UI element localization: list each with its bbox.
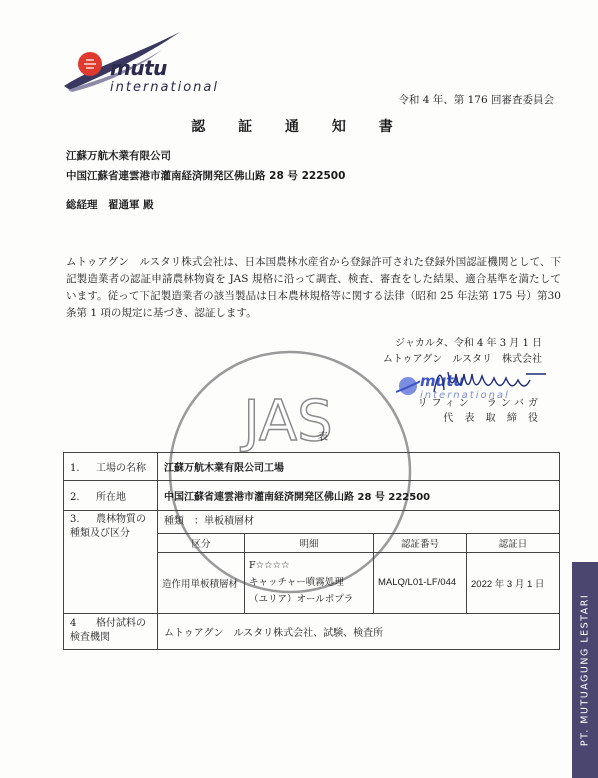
header-cert-no: 認証番号 bbox=[374, 534, 467, 553]
row-label: 1.工場の名称 bbox=[64, 453, 158, 481]
product-table: 区分 明細 認証番号 認証日 造作用単板積層材 F☆☆☆☆ キャッチャー噴霧処理… bbox=[158, 534, 559, 613]
handwritten-signature bbox=[430, 366, 550, 396]
signer-block: リフィン ランバガ 代 表 取 締 役 bbox=[418, 396, 543, 426]
product-cell: 種類 ：単板積層材 区分 明細 認証番号 認証日 造作用単板積層材 F☆☆☆☆ … bbox=[158, 511, 560, 614]
row-label: 3.農林物質の種類及び区分 bbox=[64, 511, 158, 614]
signature-block: ジャカルタ、令和 4 年 3 月 1 日 ムトゥアグン ルスタリ 株式会社 bbox=[383, 336, 542, 368]
factory-address: 中国江蘇省連雲港市灌南経済開発区佛山路 28 号 222500 bbox=[158, 481, 560, 511]
signer-title: 代 表 取 締 役 bbox=[418, 411, 543, 426]
side-band: PT. MUTUAGUNG LESTARI bbox=[572, 562, 598, 778]
mutu-international-logo: mutu international bbox=[62, 28, 232, 98]
header-details: 明細 bbox=[245, 534, 374, 553]
header-category: 区分 bbox=[158, 534, 245, 553]
cert-number: MALQ/L01-LF/044 bbox=[374, 553, 467, 613]
table-row: 4格付試料の検査機関 ムトゥアグン ルスタリ株式会社、試験、検査所 bbox=[64, 613, 560, 649]
product-category: 造作用単板積層材 bbox=[158, 553, 245, 613]
product-type: 種類 ：単板積層材 bbox=[158, 511, 559, 534]
addressee-address: 中国江蘇省連雲港市灌南経済開発区佛山路 28 号 222500 bbox=[66, 168, 345, 183]
document-title: 認 証 通 知 書 bbox=[0, 116, 598, 136]
logo-subtitle: international bbox=[110, 80, 219, 95]
row-label: 4格付試料の検査機関 bbox=[64, 613, 158, 649]
product-header-row: 区分 明細 認証番号 認証日 bbox=[158, 534, 559, 553]
certification-paragraph: ムトゥアグン ルスタリ株式会社は、日本国農林水産省から登録許可された登録外国認証… bbox=[66, 254, 561, 322]
jas-sub-text: 表 bbox=[318, 430, 328, 443]
addressee-company: 江蘇万航木業有限公司 bbox=[66, 148, 171, 163]
side-band-text: PT. MUTUAGUNG LESTARI bbox=[580, 594, 591, 746]
certification-table: 1.工場の名称 江蘇万航木業有限公司工場 2.所在地 中国江蘇省連雲港市灌南経済… bbox=[63, 452, 560, 650]
row-label: 2.所在地 bbox=[64, 481, 158, 511]
table-row: 1.工場の名称 江蘇万航木業有限公司工場 bbox=[64, 453, 560, 481]
addressee-recipient: 総経理 翟通軍 殿 bbox=[66, 197, 154, 212]
cert-date: 2022 年 3 月 1 日 bbox=[467, 553, 560, 613]
jas-text: JAS bbox=[240, 389, 332, 454]
factory-name: 江蘇万航木業有限公司工場 bbox=[158, 453, 560, 481]
stamp-globe-icon bbox=[396, 374, 420, 398]
header-cert-date: 認証日 bbox=[467, 534, 560, 553]
table-row: 2.所在地 中国江蘇省連雲港市灌南経済開発区佛山路 28 号 222500 bbox=[64, 481, 560, 511]
inspection-body: ムトゥアグン ルスタリ株式会社、試験、検査所 bbox=[158, 613, 560, 649]
product-details: F☆☆☆☆ キャッチャー噴霧処理 （ユリア）オールポプラ bbox=[245, 553, 374, 613]
signature-scribble-icon bbox=[430, 366, 550, 396]
committee-reference: 令和 4 年、第 176 回審査委員会 bbox=[398, 92, 554, 107]
signer-name: リフィン ランバガ bbox=[418, 396, 543, 411]
logo-wordmark: mutu bbox=[110, 56, 167, 80]
product-row: 造作用単板積層材 F☆☆☆☆ キャッチャー噴霧処理 （ユリア）オールポプラ MA… bbox=[158, 553, 559, 613]
place-date: ジャカルタ、令和 4 年 3 月 1 日 bbox=[383, 336, 542, 352]
table-row: 3.農林物質の種類及び区分 種類 ：単板積層材 区分 明細 認証番号 認証日 造… bbox=[64, 511, 560, 614]
